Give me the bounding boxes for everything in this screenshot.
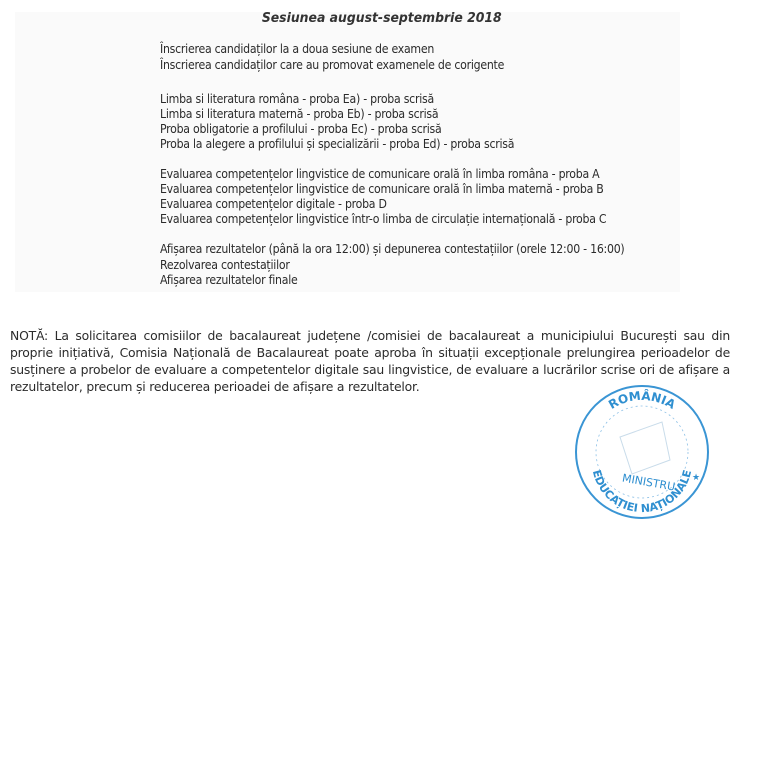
schedule-event: Limba si literatura româna - proba Ea) -… [160, 92, 434, 107]
schedule-event: Înscrierea candidaților care au promovat… [160, 58, 504, 73]
schedule-event: Limba si literatura maternă - proba Eb) … [160, 107, 438, 122]
session-title: Sesiunea august-septembrie 2018 [28, 10, 735, 26]
schedule-event: Afișarea rezultatelor finale [160, 273, 298, 288]
schedule-event: Afișarea rezultatelor (până la ora 12:00… [160, 242, 624, 257]
svg-text:★: ★ [692, 473, 700, 483]
schedule-event: Proba obligatorie a profilului - proba E… [160, 122, 441, 137]
schedule-event: Evaluarea competențelor digitale - proba… [160, 197, 387, 212]
svg-text:MINISTRU: MINISTRU [621, 471, 676, 493]
schedule-event: Evaluarea competențelor lingvistice de c… [160, 182, 604, 197]
schedule-event: Proba la alegere a profilului și special… [160, 137, 514, 152]
schedule-event: Evaluarea competențelor lingvistice într… [160, 212, 606, 227]
schedule-event: Evaluarea competențelor lingvistice de c… [160, 167, 599, 182]
schedule-event: Rezolvarea contestațiilor [160, 258, 290, 273]
schedule-event: Înscrierea candidaților la a doua sesiun… [160, 42, 434, 57]
ministry-stamp-icon: ROMÂNIA EDUCAȚIEI NAȚIONALE MINISTRU ★ [570, 382, 714, 522]
